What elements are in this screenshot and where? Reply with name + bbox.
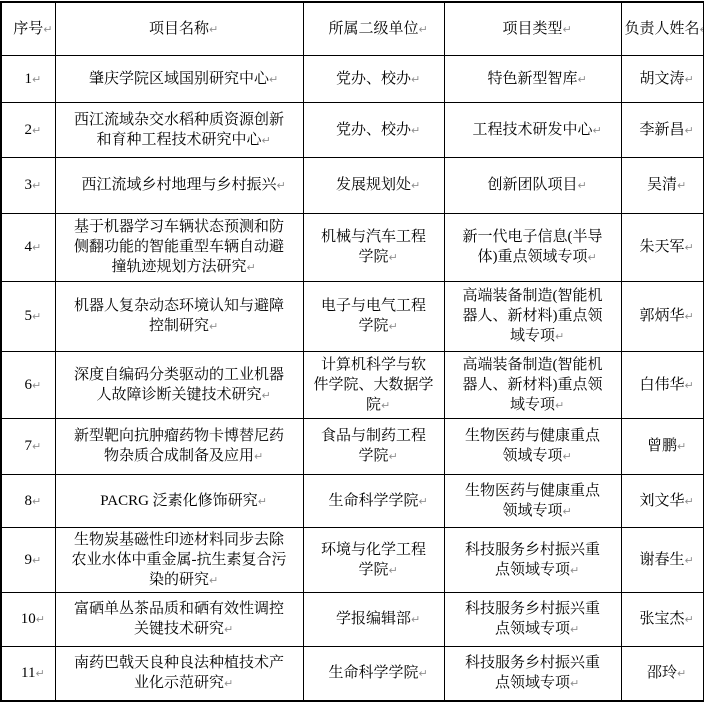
cell-leader: 张宝杰↵ xyxy=(621,592,703,646)
cell-text: 5 xyxy=(25,308,33,324)
cell-name: 基于机器学习车辆状态预测和防 侧翻功能的智能重型车辆自动避 撞轨迹规划方法研究↵ xyxy=(55,213,303,281)
cell-text: PACRG 泛素化修饰研究 xyxy=(100,493,257,509)
column-header-unit: 所属二级单位↵ xyxy=(303,2,444,55)
cell-unit: 计算机科学与软 件学院、大数据学 院↵ xyxy=(303,351,444,418)
cell-name: 肇庆学院区域国别研究中心↵ xyxy=(55,55,303,102)
table-row: 11↵南药巴戟天良种良法种植技术产 业化示范研究↵生命科学学院↵科技服务乡村振兴… xyxy=(1,646,703,701)
cell-text: 7 xyxy=(25,438,33,454)
table-row: 9↵生物炭基磁性印迹材料同步去除 农业水体中重金属-抗生素复合污 染的研究↵环境… xyxy=(1,527,703,592)
cell-type: 创新团队项目↵ xyxy=(444,157,621,213)
cell-no: 1↵ xyxy=(1,55,55,102)
cell-text: 吴清 xyxy=(647,177,677,193)
cell-text: 张宝杰 xyxy=(639,611,684,627)
cell-unit: 党办、校办↵ xyxy=(303,55,444,102)
cell-text: 11 xyxy=(21,665,35,681)
cell-text: 4 xyxy=(25,239,33,255)
column-header-no: 序号↵ xyxy=(1,2,55,55)
cell-name: 新型靶向抗肿瘤药物卡博替尼药 物杂质合成制备及应用↵ xyxy=(55,418,303,474)
cell-text: 生物炭基磁性印迹材料同步去除 农业水体中重金属-抗生素复合污 染的研究 xyxy=(72,532,287,588)
cell-type: 工程技术研发中心↵ xyxy=(444,102,621,157)
cell-text: 党办、校办 xyxy=(336,122,411,138)
table-row: 2↵西江流域杂交水稻种质资源创新 和育种工程技术研究中心↵党办、校办↵工程技术研… xyxy=(1,102,703,157)
cell-leader: 朱天军↵ xyxy=(621,213,703,281)
cell-text: 深度自编码分类驱动的工业机器 人故障诊断关键技术研究 xyxy=(74,367,284,403)
cell-text: 食品与制药工程 学院 xyxy=(321,428,426,464)
cell-text: 发展规划处 xyxy=(336,177,411,193)
cell-text: 朱天军 xyxy=(639,239,684,255)
column-header-label: 负责人姓名 xyxy=(625,21,700,37)
cell-no: 5↵ xyxy=(1,281,55,351)
cell-text: 高端装备制造(智能机 器人、新材料)重点领 域专项 xyxy=(463,357,603,413)
header-row: 序号↵项目名称↵所属二级单位↵项目类型↵负责人姓名↵ xyxy=(1,2,703,55)
cell-leader: 刘文华↵ xyxy=(621,474,703,527)
cell-type: 特色新型智库↵ xyxy=(444,55,621,102)
cell-text: 生物医药与健康重点 领域专项 xyxy=(465,428,600,464)
table-row: 4↵基于机器学习车辆状态预测和防 侧翻功能的智能重型车辆自动避 撞轨迹规划方法研… xyxy=(1,213,703,281)
cell-text: 西江流域乡村地理与乡村振兴 xyxy=(81,177,276,193)
projects-table: 序号↵项目名称↵所属二级单位↵项目类型↵负责人姓名↵ 1↵肇庆学院区域国别研究中… xyxy=(0,1,704,702)
cell-no: 6↵ xyxy=(1,351,55,418)
cell-no: 2↵ xyxy=(1,102,55,157)
cell-type: 高端装备制造(智能机 器人、新材料)重点领 域专项↵ xyxy=(444,351,621,418)
cell-name: 南药巴戟天良种良法种植技术产 业化示范研究↵ xyxy=(55,646,303,701)
cell-unit: 食品与制药工程 学院↵ xyxy=(303,418,444,474)
cell-no: 4↵ xyxy=(1,213,55,281)
cell-name: 机器人复杂动态环境认知与避障 控制研究↵ xyxy=(55,281,303,351)
cell-no: 9↵ xyxy=(1,527,55,592)
column-header-label: 序号 xyxy=(13,21,43,37)
cell-text: 3 xyxy=(25,177,33,193)
cell-text: 党办、校办 xyxy=(336,71,411,87)
cell-name: PACRG 泛素化修饰研究↵ xyxy=(55,474,303,527)
cell-text: 科技服务乡村振兴重 点领域专项 xyxy=(465,542,600,578)
cell-text: 李新昌 xyxy=(639,122,684,138)
column-header-type: 项目类型↵ xyxy=(444,2,621,55)
cell-text: 9 xyxy=(25,552,33,568)
cell-leader: 曾鹏↵ xyxy=(621,418,703,474)
cell-unit: 生命科学学院↵ xyxy=(303,646,444,701)
cell-text: 郭炳华 xyxy=(639,308,684,324)
cell-text: 机械与汽车工程 学院 xyxy=(321,229,426,265)
cell-text: 新一代电子信息(半导 体)重点领域专项 xyxy=(463,229,603,265)
cell-leader: 白伟华↵ xyxy=(621,351,703,418)
column-header-name: 项目名称↵ xyxy=(55,2,303,55)
cell-leader: 郭炳华↵ xyxy=(621,281,703,351)
cell-name: 西江流域乡村地理与乡村振兴↵ xyxy=(55,157,303,213)
cell-text: 机器人复杂动态环境认知与避障 控制研究 xyxy=(74,298,284,334)
column-header-label: 项目名称 xyxy=(149,21,209,37)
cell-no: 7↵ xyxy=(1,418,55,474)
cell-text: 6 xyxy=(25,377,33,393)
cell-type: 生物医药与健康重点 领域专项↵ xyxy=(444,474,621,527)
cell-name: 西江流域杂交水稻种质资源创新 和育种工程技术研究中心↵ xyxy=(55,102,303,157)
table-row: 5↵机器人复杂动态环境认知与避障 控制研究↵电子与电气工程 学院↵高端装备制造(… xyxy=(1,281,703,351)
cell-text: 电子与电气工程 学院 xyxy=(321,298,426,334)
cell-text: 白伟华 xyxy=(639,377,684,393)
cell-name: 生物炭基磁性印迹材料同步去除 农业水体中重金属-抗生素复合污 染的研究↵ xyxy=(55,527,303,592)
cell-unit: 机械与汽车工程 学院↵ xyxy=(303,213,444,281)
cell-text: 工程技术研发中心 xyxy=(472,122,592,138)
table-row: 8↵PACRG 泛素化修饰研究↵生命科学学院↵生物医药与健康重点 领域专项↵刘文… xyxy=(1,474,703,527)
cell-no: 8↵ xyxy=(1,474,55,527)
cell-text: 肇庆学院区域国别研究中心 xyxy=(89,71,269,87)
cell-unit: 环境与化学工程 学院↵ xyxy=(303,527,444,592)
cell-text: 高端装备制造(智能机 器人、新材料)重点领 域专项 xyxy=(463,288,603,344)
table-row: 3↵西江流域乡村地理与乡村振兴↵发展规划处↵创新团队项目↵吴清↵ xyxy=(1,157,703,213)
cell-text: 西江流域杂交水稻种质资源创新 和育种工程技术研究中心 xyxy=(74,112,284,148)
cell-text: 南药巴戟天良种良法种植技术产 业化示范研究 xyxy=(74,655,284,691)
cell-text: 曾鹏 xyxy=(647,438,677,454)
cell-unit: 生命科学学院↵ xyxy=(303,474,444,527)
column-header-leader: 负责人姓名↵ xyxy=(621,2,703,55)
cell-unit: 发展规划处↵ xyxy=(303,157,444,213)
cell-text: 邵玲 xyxy=(647,665,677,681)
cell-unit: 学报编辑部↵ xyxy=(303,592,444,646)
cell-type: 科技服务乡村振兴重 点领域专项↵ xyxy=(444,592,621,646)
cell-name: 深度自编码分类驱动的工业机器 人故障诊断关键技术研究↵ xyxy=(55,351,303,418)
cell-text: 谢春生 xyxy=(639,552,684,568)
cell-text: 科技服务乡村振兴重 点领域专项 xyxy=(465,655,600,691)
cell-unit: 电子与电气工程 学院↵ xyxy=(303,281,444,351)
cell-text: 特色新型智库 xyxy=(487,71,577,87)
cell-type: 科技服务乡村振兴重 点领域专项↵ xyxy=(444,527,621,592)
cell-leader: 邵玲↵ xyxy=(621,646,703,701)
column-header-label: 项目类型 xyxy=(502,21,562,37)
cell-text: 创新团队项目 xyxy=(487,177,577,193)
cell-leader: 吴清↵ xyxy=(621,157,703,213)
cell-leader: 李新昌↵ xyxy=(621,102,703,157)
cell-text: 生物医药与健康重点 领域专项 xyxy=(465,483,600,519)
column-header-label: 所属二级单位 xyxy=(328,21,418,37)
table-row: 10↵富硒单丛茶品质和硒有效性调控 关键技术研究↵学报编辑部↵科技服务乡村振兴重… xyxy=(1,592,703,646)
cell-text: 学报编辑部 xyxy=(336,611,411,627)
cell-text: 环境与化学工程 学院 xyxy=(321,542,426,578)
table-row: 7↵新型靶向抗肿瘤药物卡博替尼药 物杂质合成制备及应用↵食品与制药工程 学院↵生… xyxy=(1,418,703,474)
cell-name: 富硒单丛茶品质和硒有效性调控 关键技术研究↵ xyxy=(55,592,303,646)
cell-text: 生命科学学院 xyxy=(328,493,418,509)
cell-leader: 谢春生↵ xyxy=(621,527,703,592)
cell-type: 新一代电子信息(半导 体)重点领域专项↵ xyxy=(444,213,621,281)
cell-type: 高端装备制造(智能机 器人、新材料)重点领 域专项↵ xyxy=(444,281,621,351)
cell-text: 刘文华 xyxy=(639,493,684,509)
cell-text: 富硒单丛茶品质和硒有效性调控 关键技术研究 xyxy=(74,601,284,637)
cell-leader: 胡文涛↵ xyxy=(621,55,703,102)
cell-text: 科技服务乡村振兴重 点领域专项 xyxy=(465,601,600,637)
cell-text: 生命科学学院 xyxy=(328,665,418,681)
table-row: 1↵肇庆学院区域国别研究中心↵党办、校办↵特色新型智库↵胡文涛↵ xyxy=(1,55,703,102)
cell-type: 科技服务乡村振兴重 点领域专项↵ xyxy=(444,646,621,701)
cell-type: 生物医药与健康重点 领域专项↵ xyxy=(444,418,621,474)
cell-no: 11↵ xyxy=(1,646,55,701)
cell-text: 1 xyxy=(25,71,33,87)
cell-text: 10 xyxy=(21,611,36,627)
cell-unit: 党办、校办↵ xyxy=(303,102,444,157)
cell-no: 3↵ xyxy=(1,157,55,213)
cell-text: 计算机科学与软 件学院、大数据学 院 xyxy=(313,357,433,413)
cell-text: 胡文涛 xyxy=(639,71,684,87)
cell-text: 8 xyxy=(25,493,33,509)
cell-no: 10↵ xyxy=(1,592,55,646)
cell-text: 新型靶向抗肿瘤药物卡博替尼药 物杂质合成制备及应用 xyxy=(74,428,284,464)
table-row: 6↵深度自编码分类驱动的工业机器 人故障诊断关键技术研究↵计算机科学与软 件学院… xyxy=(1,351,703,418)
cell-text: 2 xyxy=(25,122,33,138)
